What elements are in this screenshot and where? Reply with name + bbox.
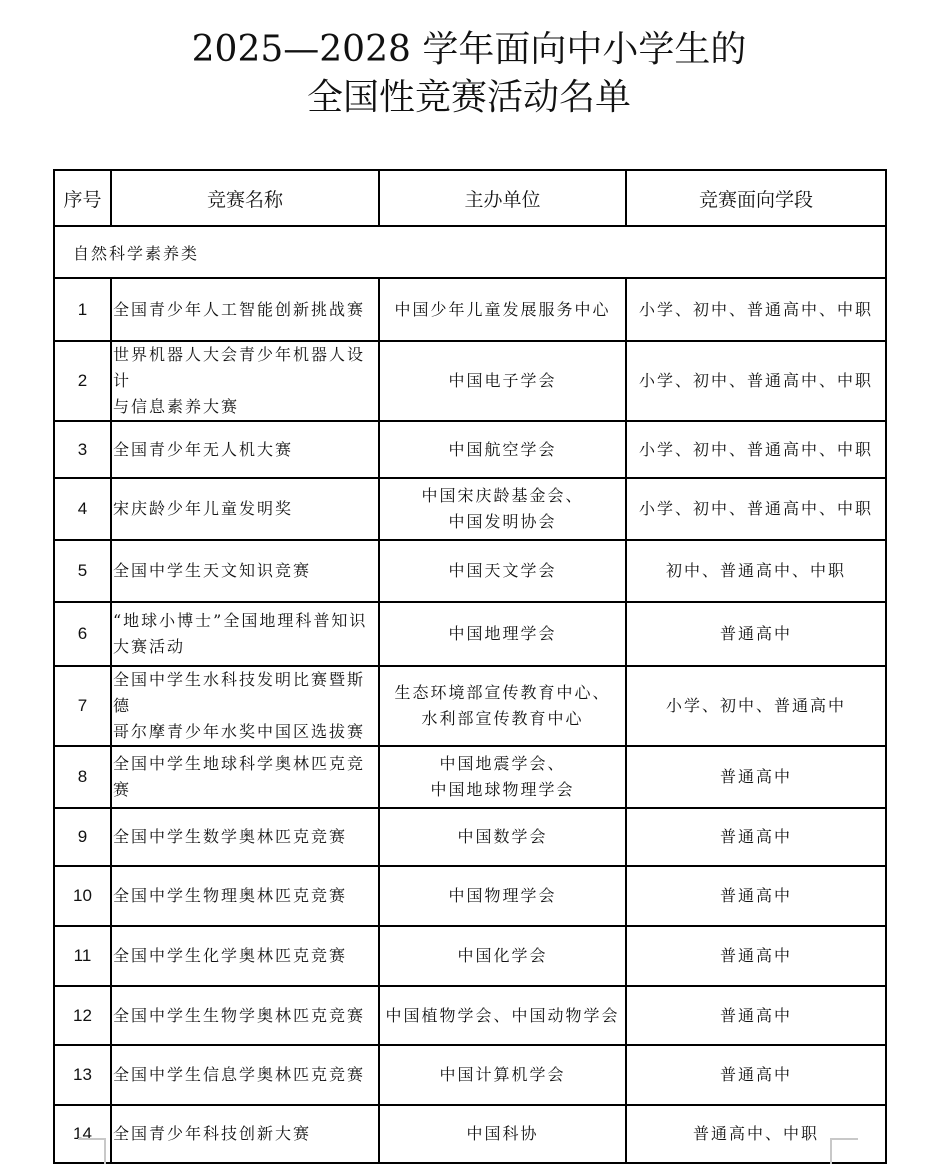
row-index: 10 xyxy=(54,866,111,926)
table-row: 14全国青少年科技创新大赛中国科协普通高中、中职 xyxy=(54,1105,886,1163)
competition-name-line: 全国中学生信息学奥林匹克竞赛 xyxy=(113,1062,378,1088)
organizer: 中国数学会 xyxy=(379,808,626,866)
table-row: 13全国中学生信息学奥林匹克竞赛中国计算机学会普通高中 xyxy=(54,1045,886,1105)
organizer: 生态环境部宣传教育中心、水利部宣传教育中心 xyxy=(379,666,626,746)
competition-name-line: 全国中学生物理奥林匹克竞赛 xyxy=(113,883,378,909)
school-stage: 普通高中 xyxy=(626,986,886,1045)
competition-name-line: 全国青少年科技创新大赛 xyxy=(113,1121,378,1147)
organizer-line: 中国宋庆龄基金会、 xyxy=(380,483,625,509)
organizer: 中国化学会 xyxy=(379,926,626,986)
organizer-line: 中国植物学会、中国动物学会 xyxy=(380,1003,625,1029)
competition-name-line: 全国中学生化学奥林匹克竞赛 xyxy=(113,943,378,969)
competition-name-line: 全国青少年无人机大赛 xyxy=(113,437,378,463)
competition-name: 世界机器人大会青少年机器人设计与信息素养大赛 xyxy=(111,341,379,421)
header-name: 竞赛名称 xyxy=(111,170,379,226)
table-row: 6“地球小博士”全国地理科普知识大赛活动中国地理学会普通高中 xyxy=(54,602,886,666)
competition-name: 宋庆龄少年儿童发明奖 xyxy=(111,478,379,540)
table-row: 3全国青少年无人机大赛中国航空学会小学、初中、普通高中、中职 xyxy=(54,421,886,478)
school-stage: 小学、初中、普通高中、中职 xyxy=(626,478,886,540)
organizer: 中国宋庆龄基金会、中国发明协会 xyxy=(379,478,626,540)
table-row: 2世界机器人大会青少年机器人设计与信息素养大赛中国电子学会小学、初中、普通高中、… xyxy=(54,341,886,421)
organizer: 中国物理学会 xyxy=(379,866,626,926)
row-index: 7 xyxy=(54,666,111,746)
school-stage: 普通高中 xyxy=(626,926,886,986)
competition-name: 全国中学生化学奥林匹克竞赛 xyxy=(111,926,379,986)
table-row: 4宋庆龄少年儿童发明奖中国宋庆龄基金会、中国发明协会小学、初中、普通高中、中职 xyxy=(54,478,886,540)
school-stage: 小学、初中、普通高中、中职 xyxy=(626,421,886,478)
table-row: 8全国中学生地球科学奥林匹克竞赛中国地震学会、中国地球物理学会普通高中 xyxy=(54,746,886,808)
row-index: 5 xyxy=(54,540,111,602)
organizer-line: 中国化学会 xyxy=(380,943,625,969)
organizer: 中国地震学会、中国地球物理学会 xyxy=(379,746,626,808)
organizer: 中国植物学会、中国动物学会 xyxy=(379,986,626,1045)
row-index: 1 xyxy=(54,278,111,341)
organizer-line: 中国地理学会 xyxy=(380,621,625,647)
row-index: 13 xyxy=(54,1045,111,1105)
header-stage: 竞赛面向学段 xyxy=(626,170,886,226)
school-stage: 初中、普通高中、中职 xyxy=(626,540,886,602)
competition-name: 全国中学生地球科学奥林匹克竞赛 xyxy=(111,746,379,808)
competition-name: 全国中学生信息学奥林匹克竞赛 xyxy=(111,1045,379,1105)
competition-table: 序号 竞赛名称 主办单位 竞赛面向学段 自然科学素养类 1全国青少年人工智能创新… xyxy=(53,169,887,1164)
organizer-line: 中国航空学会 xyxy=(380,437,625,463)
page-corner-mark-right xyxy=(830,1138,858,1164)
table-row: 11全国中学生化学奥林匹克竞赛中国化学会普通高中 xyxy=(54,926,886,986)
competition-name-line: 全国中学生数学奥林匹克竞赛 xyxy=(113,824,378,850)
school-stage: 普通高中 xyxy=(626,602,886,666)
competition-name: 全国中学生天文知识竞赛 xyxy=(111,540,379,602)
organizer: 中国天文学会 xyxy=(379,540,626,602)
table-row: 7全国中学生水科技发明比赛暨斯德哥尔摩青少年水奖中国区选拔赛生态环境部宣传教育中… xyxy=(54,666,886,746)
competition-name-line: 世界机器人大会青少年机器人设计 xyxy=(113,342,378,394)
organizer-line: 中国电子学会 xyxy=(380,368,625,394)
competition-name: 全国中学生生物学奥林匹克竞赛 xyxy=(111,986,379,1045)
organizer-line: 中国少年儿童发展服务中心 xyxy=(380,297,625,323)
organizer: 中国少年儿童发展服务中心 xyxy=(379,278,626,341)
competition-name-line: 全国中学生水科技发明比赛暨斯德 xyxy=(113,667,378,719)
table-row: 10全国中学生物理奥林匹克竞赛中国物理学会普通高中 xyxy=(54,866,886,926)
competition-name: “地球小博士”全国地理科普知识大赛活动 xyxy=(111,602,379,666)
competition-name-line: 大赛活动 xyxy=(113,634,378,660)
category-row: 自然科学素养类 xyxy=(54,226,886,278)
row-index: 11 xyxy=(54,926,111,986)
organizer: 中国计算机学会 xyxy=(379,1045,626,1105)
table-header-row: 序号 竞赛名称 主办单位 竞赛面向学段 xyxy=(54,170,886,226)
row-index: 12 xyxy=(54,986,111,1045)
organizer: 中国电子学会 xyxy=(379,341,626,421)
competition-name: 全国青少年人工智能创新挑战赛 xyxy=(111,278,379,341)
organizer-line: 中国天文学会 xyxy=(380,558,625,584)
organizer-line: 中国科协 xyxy=(380,1121,625,1147)
header-index: 序号 xyxy=(54,170,111,226)
school-stage: 小学、初中、普通高中 xyxy=(626,666,886,746)
row-index: 4 xyxy=(54,478,111,540)
header-organizer: 主办单位 xyxy=(379,170,626,226)
table-row: 1全国青少年人工智能创新挑战赛中国少年儿童发展服务中心小学、初中、普通高中、中职 xyxy=(54,278,886,341)
competition-name-line: 宋庆龄少年儿童发明奖 xyxy=(113,496,378,522)
competition-name: 全国青少年科技创新大赛 xyxy=(111,1105,379,1163)
organizer-line: 水利部宣传教育中心 xyxy=(380,706,625,732)
competition-name-line: 全国青少年人工智能创新挑战赛 xyxy=(113,297,378,323)
row-index: 2 xyxy=(54,341,111,421)
competition-name-line: 哥尔摩青少年水奖中国区选拔赛 xyxy=(113,719,378,745)
page-corner-mark-left xyxy=(78,1138,106,1164)
competition-name-line: “地球小博士”全国地理科普知识 xyxy=(113,608,378,634)
competition-name-line: 全国中学生生物学奥林匹克竞赛 xyxy=(113,1003,378,1029)
school-stage: 小学、初中、普通高中、中职 xyxy=(626,341,886,421)
competition-name: 全国中学生数学奥林匹克竞赛 xyxy=(111,808,379,866)
document-title-line-1: 2025—2028 学年面向中小学生的 xyxy=(0,28,938,72)
organizer: 中国科协 xyxy=(379,1105,626,1163)
organizer-line: 中国地震学会、 xyxy=(380,751,625,777)
school-stage: 普通高中 xyxy=(626,866,886,926)
organizer-line: 中国数学会 xyxy=(380,824,625,850)
table-row: 5全国中学生天文知识竞赛中国天文学会初中、普通高中、中职 xyxy=(54,540,886,602)
school-stage: 小学、初中、普通高中、中职 xyxy=(626,278,886,341)
row-index: 8 xyxy=(54,746,111,808)
row-index: 3 xyxy=(54,421,111,478)
school-stage: 普通高中 xyxy=(626,808,886,866)
competition-name: 全国中学生物理奥林匹克竞赛 xyxy=(111,866,379,926)
organizer-line: 中国发明协会 xyxy=(380,509,625,535)
competition-name-line: 与信息素养大赛 xyxy=(113,394,378,420)
organizer-line: 中国计算机学会 xyxy=(380,1062,625,1088)
category-label: 自然科学素养类 xyxy=(54,226,886,278)
organizer-line: 中国地球物理学会 xyxy=(380,777,625,803)
document-title-line-2: 全国性竞赛活动名单 xyxy=(0,76,938,120)
school-stage: 普通高中 xyxy=(626,746,886,808)
table-row: 12全国中学生生物学奥林匹克竞赛中国植物学会、中国动物学会普通高中 xyxy=(54,986,886,1045)
organizer: 中国地理学会 xyxy=(379,602,626,666)
row-index: 9 xyxy=(54,808,111,866)
competition-name: 全国青少年无人机大赛 xyxy=(111,421,379,478)
organizer-line: 生态环境部宣传教育中心、 xyxy=(380,680,625,706)
competition-name-line: 全国中学生天文知识竞赛 xyxy=(113,558,378,584)
competition-name-line: 全国中学生地球科学奥林匹克竞赛 xyxy=(113,751,378,803)
organizer: 中国航空学会 xyxy=(379,421,626,478)
organizer-line: 中国物理学会 xyxy=(380,883,625,909)
table-row: 9全国中学生数学奥林匹克竞赛中国数学会普通高中 xyxy=(54,808,886,866)
row-index: 6 xyxy=(54,602,111,666)
competition-name: 全国中学生水科技发明比赛暨斯德哥尔摩青少年水奖中国区选拔赛 xyxy=(111,666,379,746)
school-stage: 普通高中 xyxy=(626,1045,886,1105)
